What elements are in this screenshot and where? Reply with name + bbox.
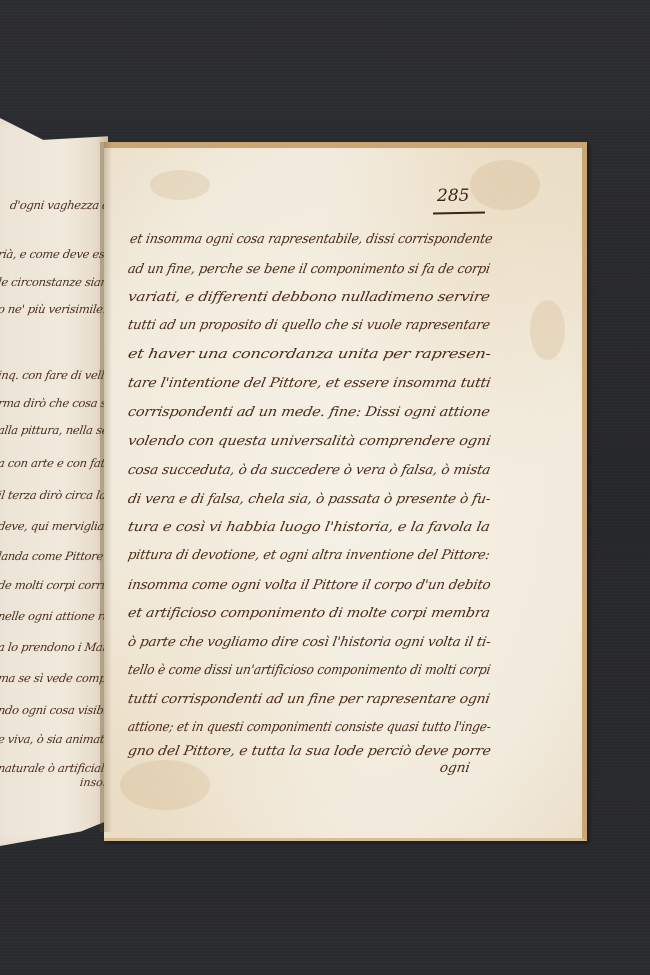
- manuscript-line: di vera e di falsa, chela sia, ò passata…: [127, 492, 492, 507]
- left-text-line: a lo prendono i Mathemati: [0, 640, 107, 654]
- manuscript-line: ò parte che vogliamo dire così l'histori…: [127, 635, 492, 650]
- left-text-line: le circonstanze siano necessari: [0, 275, 107, 289]
- manuscript-line: volendo con questa universalità comprend…: [127, 434, 492, 449]
- manuscript-line: et haver una concordanza unita per rapre…: [127, 347, 492, 362]
- left-text-line: rma dirò che cosa sia historia: [0, 396, 107, 410]
- left-text-line: ma se sì vede componim. per: [0, 671, 107, 685]
- folio-number: 285: [437, 186, 469, 206]
- left-page-verso: d'ogni vaghezza della natu rià, e come d…: [0, 118, 108, 846]
- left-text-line: deve, qui merviglia: [0, 519, 107, 533]
- left-text-line: landa come Pittore la ve: [0, 549, 107, 563]
- left-text-line: rià, e come deve essere: [0, 247, 107, 261]
- left-text-line: il terza dirò circa la unità: [0, 488, 107, 502]
- manuscript-line: et artificioso componimento di molte cor…: [127, 606, 491, 621]
- manuscript-line: tutti ad un proposito di quello che si v…: [127, 318, 491, 333]
- gutter-shadow: [100, 142, 112, 832]
- manuscript-line: variati, e differenti debbono nulladimen…: [127, 290, 491, 305]
- manuscript-line: corrispondenti ad un mede. fine: Dissi o…: [127, 405, 491, 420]
- left-text-line: naturale ò artificiale, e: [0, 761, 107, 775]
- catchword: ogni: [439, 760, 472, 776]
- manuscript-line: gno del Pittore, e tutta la sua lode per…: [127, 744, 492, 759]
- manuscript-line: cosa succeduta, ò da succedere ò vera ò …: [127, 463, 492, 478]
- manuscript-line: ad un fine, perche se bene il componimen…: [127, 262, 491, 277]
- left-text-line: nelle ogni attione rapre: [0, 609, 107, 623]
- left-text-line: alla pittura, nella seconda, su: [0, 423, 107, 437]
- manuscript-line: insomma come ogni volta il Pittore il co…: [127, 578, 492, 593]
- manuscript-line: tura e così vi habbia luogo l'historia, …: [127, 520, 491, 535]
- left-text-line: ndo ogni cosa visibile, ch: [0, 703, 107, 717]
- manuscript-line: tello è come dissi un'artificioso compon…: [127, 663, 492, 678]
- left-text-line: inq. con fare di velleità d'hu: [0, 368, 107, 382]
- left-text-line: de molti corpi corrispondenti: [0, 578, 107, 592]
- left-text-line: a con arte e con fatiga fin: [0, 456, 107, 470]
- manuscript-line: pittura di devotione, et ogni altra inve…: [127, 548, 491, 563]
- left-text-line: o ne' più verisimile.: [0, 302, 107, 316]
- left-text-line: e viva, ò sia animata e: [0, 732, 107, 746]
- manuscript-line: tutti corrispondenti ad un fine per rapr…: [127, 692, 491, 707]
- manuscript-line: et insomma ogni cosa rapresentabile, dis…: [129, 232, 494, 247]
- manuscript-line: attione; et in questi componimenti consi…: [127, 720, 492, 735]
- manuscript-line: tare l'intentione del Pittore, et essere…: [127, 376, 492, 391]
